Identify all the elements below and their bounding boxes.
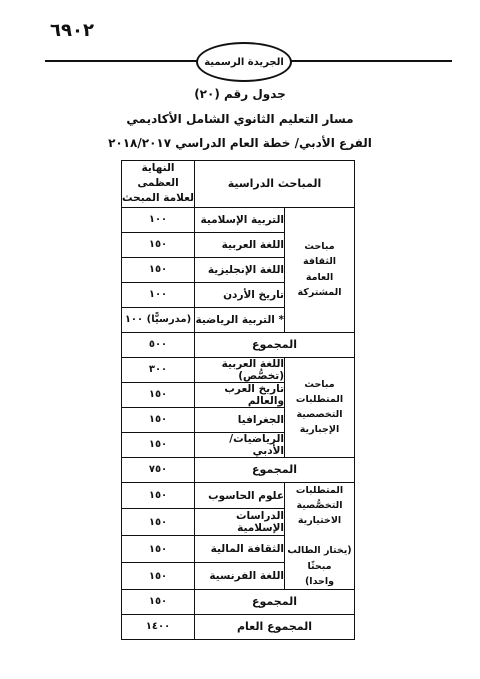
subject-cell: الثقافة المالية [195, 536, 285, 563]
mark-cell: ١٠٠ [122, 207, 195, 232]
total-row: المجموع ٧٥٠ [122, 457, 355, 482]
table-row: مباحث الثقافة العامة المشتركة التربية ال… [122, 207, 355, 232]
mark-cell: ١٥٠ [122, 257, 195, 282]
mark-cell: ١٥٠ [122, 407, 195, 432]
total-mark-cell: ٥٠٠ [122, 332, 195, 357]
subject-cell: اللغة الفرنسية [195, 563, 285, 590]
subject-cell: تاريخ العرب والعالم [195, 382, 285, 407]
mark-cell: ١٥٠ [122, 482, 195, 509]
table-row: المتطلبات التخصُّصية الاختيارية (يختار ا… [122, 482, 355, 509]
total-row: المجموع ١٥٠ [122, 589, 355, 614]
total-mark-cell: ٧٥٠ [122, 457, 195, 482]
subject-cell: اللغة الإنجليزية [195, 257, 285, 282]
subject-cell: التربية الإسلامية [195, 207, 285, 232]
subject-cell: الدراسات الإسلامية [195, 509, 285, 536]
subject-cell: علوم الحاسوب [195, 482, 285, 509]
mark-cell: ٣٠٠ [122, 357, 195, 382]
total-label-cell: المجموع [195, 457, 355, 482]
table-row: مباحث المتطلبات التخصصية الإجبارية اللغة… [122, 357, 355, 382]
subject-cell: الجغرافيا [195, 407, 285, 432]
subject-cell: * التربية الرياضية [195, 307, 285, 332]
subjects-header-cell: المباحث الدراسية [195, 161, 355, 208]
subject-cell: اللغة العربية (تخصُّص) [195, 357, 285, 382]
track-title: مسار التعليم الثانوي الشامل الأكاديمي [0, 112, 480, 126]
table-number-title: جدول رقم (٢٠) [0, 87, 480, 101]
grand-total-row: المجموع العام ١٤٠٠ [122, 614, 355, 639]
subject-cell: اللغة العربية [195, 232, 285, 257]
max-mark-header-cell: النهاية العظمى لعلامة المبحث [122, 161, 195, 208]
gazette-title: الجريدة الرسمية [204, 57, 284, 68]
grand-total-mark-cell: ١٤٠٠ [122, 614, 195, 639]
mark-cell: (مدرسيًّا) ١٠٠ [122, 307, 195, 332]
total-label-cell: المجموع [195, 589, 355, 614]
mark-cell: ١٥٠ [122, 536, 195, 563]
mark-cell: ١٥٠ [122, 382, 195, 407]
mark-cell: ١٥٠ [122, 432, 195, 457]
page-number: ٦٩٠٢ [50, 20, 94, 41]
mark-cell: ١٠٠ [122, 282, 195, 307]
mark-cell: ١٥٠ [122, 232, 195, 257]
gazette-page: ٦٩٠٢ الجريدة الرسمية جدول رقم (٢٠) مسار … [0, 0, 480, 679]
curriculum-table: المباحث الدراسية النهاية العظمى لعلامة ا… [121, 160, 355, 640]
mark-cell: ١٥٠ [122, 509, 195, 536]
mark-cell: ١٥٠ [122, 563, 195, 590]
total-row: المجموع ٥٠٠ [122, 332, 355, 357]
subject-cell: الرياضيات/ الأدبي [195, 432, 285, 457]
total-mark-cell: ١٥٠ [122, 589, 195, 614]
gazette-title-oval: الجريدة الرسمية [196, 42, 292, 82]
branch-year-title: الفرع الأدبي/ خطة العام الدراسي ٢٠١٨/٢٠١… [0, 136, 480, 150]
category-cell-common: مباحث الثقافة العامة المشتركة [285, 207, 355, 332]
subject-cell: تاريخ الأردن [195, 282, 285, 307]
category-cell-elective: المتطلبات التخصُّصية الاختيارية (يختار ا… [285, 482, 355, 589]
grand-total-label-cell: المجموع العام [195, 614, 355, 639]
category-cell-compulsory: مباحث المتطلبات التخصصية الإجبارية [285, 357, 355, 457]
total-label-cell: المجموع [195, 332, 355, 357]
table-header-row: المباحث الدراسية النهاية العظمى لعلامة ا… [122, 161, 355, 208]
